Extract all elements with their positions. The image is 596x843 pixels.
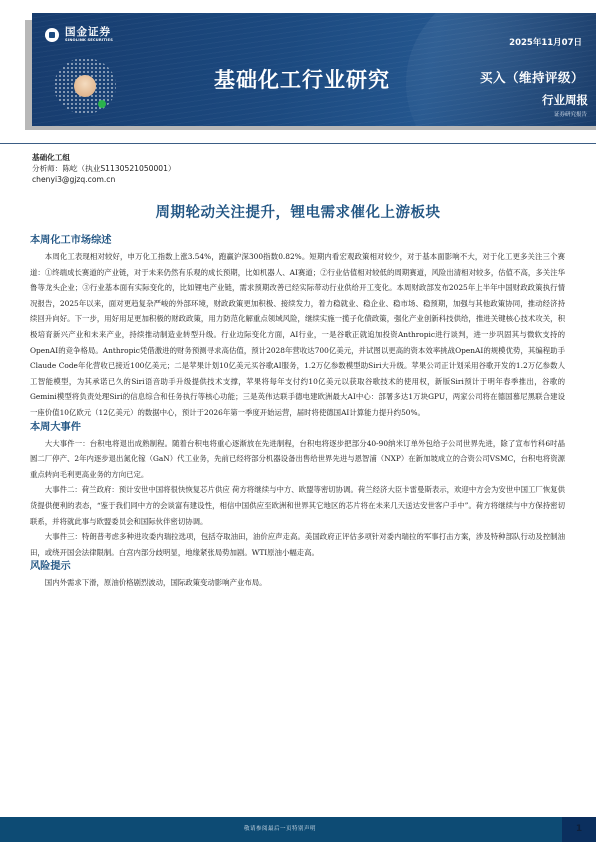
paragraph: 本周化工表现相对较好，申万化工指数上涨3.54%，跑赢沪深300指数0.82%。… bbox=[30, 249, 565, 421]
author-block: 基础化工组 分析师：陈屹（执业S1130521050001） chenyi3@g… bbox=[32, 152, 176, 185]
footer-disclaimer: 敬请参阅最后一页特别声明 bbox=[0, 824, 560, 832]
qr-center-logo-icon bbox=[74, 75, 96, 97]
analyst-email[interactable]: chenyi3@gjzq.com.cn bbox=[32, 174, 176, 185]
logo-mark-icon bbox=[45, 28, 59, 42]
report-body: 本周化工市场综述 本周化工表现相对较好，申万化工指数上涨3.54%，跑赢沪深30… bbox=[30, 234, 565, 591]
page-number: 1 bbox=[562, 817, 596, 842]
paragraph: 大事件二：荷兰政府：预计安世中国将很快恢复芯片供应 荷方将继续与中方、欧盟等密切… bbox=[30, 482, 565, 529]
header-divider bbox=[0, 143, 596, 144]
report-subtype: 证券研究报告 bbox=[554, 110, 587, 118]
report-title: 周期轮动关注提升，锂电需求催化上游板块 bbox=[0, 201, 596, 222]
banner-title: 基础化工行业研究 bbox=[214, 64, 390, 94]
page-footer: 敬请参阅最后一页特别声明 1 bbox=[0, 817, 596, 842]
brand-name-cn: 国金证券 bbox=[65, 26, 113, 38]
paragraph: 大事件三：特朗普考虑多种进攻委内瑞拉选项，包括夺取油田，油价应声走高。美国政府正… bbox=[30, 529, 565, 560]
report-type: 行业周报 bbox=[542, 92, 588, 108]
section-title: 本周化工市场综述 bbox=[30, 234, 565, 248]
brand-name-en: SINOLINK SECURITIES bbox=[65, 38, 113, 43]
report-date: 2025年11月07日 bbox=[509, 36, 582, 48]
mini-program-badge-icon bbox=[98, 100, 106, 108]
paragraph: 大大事件一：台积电将退出成熟制程。随着台积电将重心逐渐放在先进制程，台积电将逐步… bbox=[30, 436, 565, 483]
section-market-overview: 本周化工市场综述 本周化工表现相对较好，申万化工指数上涨3.54%，跑赢沪深30… bbox=[30, 234, 565, 421]
rating: 买入（维持评级） bbox=[480, 68, 584, 86]
section-weekly-events: 本周大事件 大大事件一：台积电将退出成熟制程。随着台积电将重心逐渐放在先进制程，… bbox=[30, 421, 565, 561]
section-title: 本周大事件 bbox=[30, 421, 565, 435]
paragraph: 国内外需求下滑，原油价格剧烈波动，国际政策变动影响产业布局。 bbox=[30, 575, 565, 591]
section-risk-warning: 风险提示 国内外需求下滑，原油价格剧烈波动，国际政策变动影响产业布局。 bbox=[30, 560, 565, 591]
section-title: 风险提示 bbox=[30, 560, 565, 574]
research-group: 基础化工组 bbox=[32, 152, 176, 163]
company-logo: 国金证券 SINOLINK SECURITIES bbox=[45, 26, 113, 43]
analyst-name: 分析师：陈屹（执业S1130521050001） bbox=[32, 163, 176, 174]
